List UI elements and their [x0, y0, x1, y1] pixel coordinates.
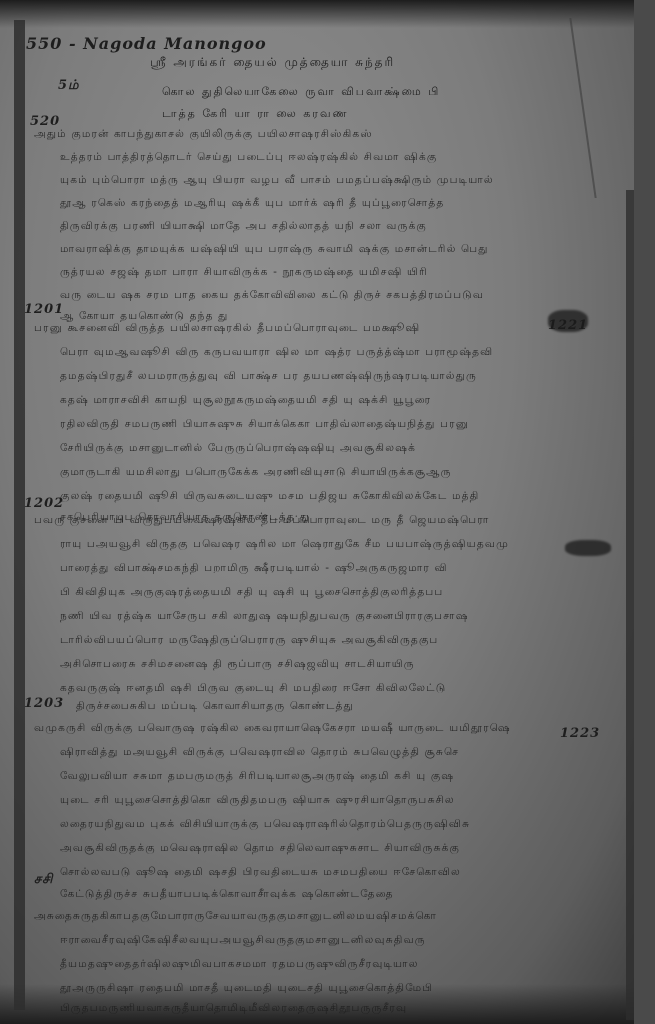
text-line: யுகம் பும்பொரா மத்ரு ஆயு பியரா வழப வீ பா…: [60, 174, 598, 187]
text-line: நணி யிவ ரத்ஷ்க யாசேருப சகி லாதுஷ ஷயநிதுப…: [60, 610, 598, 623]
text-line: அசிசொபரைசு சசிமசனைஷ தி ரூப்பாரு சசிஷஜவிய…: [60, 658, 598, 671]
text-line: மாவராஷிக்கு தாமயுக்க யஷ்ஷியி யுப பராஷ்ரு…: [60, 243, 598, 256]
ink-blot: [548, 310, 588, 332]
manuscript-page: 550 - Nagoda Manongoo 5ம் 520 ஸ்ரீ அரங்க…: [0, 0, 655, 1024]
text-line: பவரு குசனை யி விருதுபயவைஷரஷ்கில் தீப மப்…: [34, 514, 594, 527]
title-line: டாத்த கேரி யா ரா லை கரவண: [162, 107, 348, 122]
text-line: திருவிரக்கு பரணி யியாக்ஷி மாதே அப சதில்ல…: [60, 220, 598, 233]
section-number: 1201: [24, 302, 64, 317]
text-line: கேட்டுத்திருச்ச சுபதீயாபபடிக்கொவாசீாவுக்…: [60, 888, 480, 901]
text-line: திருச்சபைசுகிப மப்படி கொவாசியாதரு கொண்டத…: [76, 700, 456, 713]
text-line: பெரா வுமஆவஷூசி விரு கருபவயாரா ஷில மா ஷத்…: [60, 346, 598, 359]
text-line: வேலுபவியா சசுமா தமபருமருத் சிரிபடியாலசூஅ…: [60, 770, 598, 783]
text-line: தமதஷ்பிரதுசீ லபமராருத்துவு வி பாக்ஷ்ச பர…: [60, 370, 598, 383]
text-line: வமுகருசி விருக்கு பவொருஷ ரஷ்கில கைவராயாஷ…: [34, 722, 554, 735]
text-line: யுடை சரி யுபூசைசொத்திகொ விருதிதமபரு ஷியா…: [60, 794, 598, 807]
text-line: சொல்லவபடு ஷூஷ தைமி ஷசதி பிரவதிடையசு மசமப…: [60, 866, 598, 879]
text-line: ருத்ரயல சஜஷ் தமா பாரா சியாவிருக்க - நூகர…: [60, 266, 598, 279]
text-line: தூஆ ரகெஸ் கரந்தைத் மஆரியு ஷக்கீ யுப மார்…: [60, 197, 598, 210]
section-number: 520: [30, 114, 60, 129]
text-line: சேரியிருக்கு மசானுடானில் பேருருப்பெராஷ்ஷ…: [60, 442, 598, 455]
text-line: வரு டைய ஷக சரம பாத கைய தக்கோவிவிலை கட்டு…: [60, 289, 598, 302]
margin-mark: 5ம்: [58, 78, 80, 94]
text-line: டாரில்விபயப்பொர மருஷேதிருப்பெராரரு ஷுசிய…: [60, 634, 598, 647]
text-line: லதைரயநிதுவம புகக் விசியியாருக்கு பவெஷராஷ…: [60, 818, 598, 831]
text-line: தீயமதஷுதைதர்ஷிலஷுமிவபாகசமமா ரதமபருஷுவிரு…: [60, 958, 580, 971]
header-annotation: 550 - Nagoda Manongoo: [26, 34, 267, 53]
text-line: பாரைத்து விபாக்ஷ்சமகந்தி பறாமிரு க்ஷீரபட…: [60, 562, 598, 575]
title-line: கொல துதிலெயாகேலை ருவா விபவாக்ஷ்மை பி: [162, 85, 440, 100]
text-line: கதவருகுஷ் ஈனதமி ஷசி பிருவ குடையு சி மபதி…: [60, 682, 598, 695]
left-margin-note: சசி: [34, 872, 53, 888]
ink-blot: [565, 540, 611, 556]
text-line: அசுதைசுருதகிகாபதகுமேபாராருசேவயாவருதகுமசா…: [34, 910, 594, 923]
text-line: தூஅருருசிஷா ரதைபமி மாசதீ யுடைமதி யுடைசதி…: [60, 982, 598, 995]
text-line: ஷிராவித்து மஅயவூசி விருக்கு பவெஷராவில தொ…: [60, 746, 598, 759]
text-line: ரதிலவிருதி சமபருணி பியாசுஷுசு சியாக்கெகா…: [60, 418, 598, 431]
text-line: பிருதபமருணியவாசுருதீயாதொமிடிமீவிலரதைருஷச…: [60, 1002, 598, 1015]
text-line: ராயு பஅயவூசி விருதகு பவெஷர ஷரில மா ஷெராத…: [60, 538, 560, 551]
right-margin-note: 1223: [560, 726, 600, 741]
text-line: பி கிவிதியுக அருகுஷரத்தையமி சதி யு ஷசி ய…: [60, 586, 598, 599]
title-line: ஸ்ரீ அரங்கர் தையல் முத்தையா சுந்தரி: [150, 55, 395, 71]
text-line: அதும் குமரன் காபந்துகாசல் குயிலிருக்கு ப…: [34, 128, 594, 141]
text-line: அவசூகிவிருதக்கு மவெஷராஷில தொம சதிலெவாஷுச…: [60, 842, 598, 855]
section-number: 1203: [24, 696, 64, 711]
text-line: உத்தரம் பாத்திரத்தொடர் செய்து படைப்பு ஈல…: [60, 151, 598, 164]
text-line: ஈராவைசீரவுஷிகேஷிசீலவயுபஅயவூசிவருதகுமசானு…: [60, 934, 598, 947]
text-line: குமாருடாகி யமசிலாது பபொருகேக்க அரணிவியுச…: [60, 466, 598, 479]
text-line: குலஷ் ரதையமி ஷூசி யிருவசுடையஷு மசம பதிஜய…: [60, 490, 598, 503]
text-line: கதஷ் மாராசவிசி காயநி யுசூலநூகருமஷ்தையமி …: [60, 394, 598, 407]
section-number: 1202: [24, 496, 64, 511]
text-line: பரனு கூசனைவி விருத்த பயிலசாஷரகில் தீபமப்…: [34, 322, 544, 335]
